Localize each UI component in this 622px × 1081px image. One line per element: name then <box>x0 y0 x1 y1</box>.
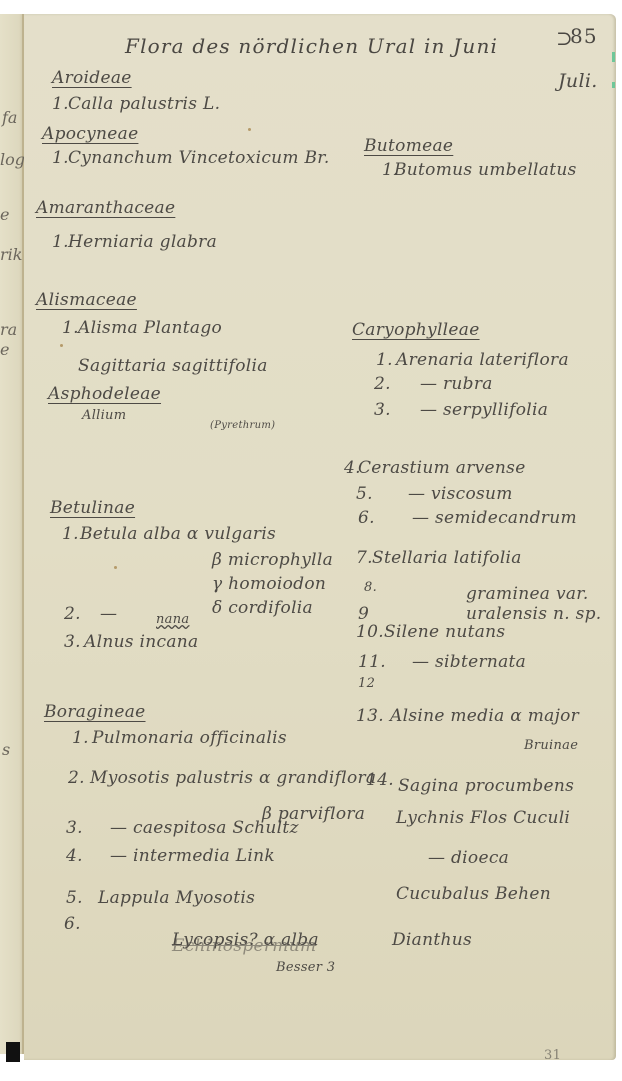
entry-number: 5. <box>356 484 373 504</box>
foxing-spot <box>248 128 251 131</box>
species-entry: Cerastium arvense <box>358 458 526 478</box>
margin-color-mark <box>612 52 615 62</box>
species-entry: — sibternata <box>412 652 526 672</box>
family-heading-boragineae: Boragineae <box>44 702 146 722</box>
species-entry: Alnus incana <box>84 632 198 652</box>
species-entry: Alisma Plantago <box>78 318 222 338</box>
species-entry: Lycopsis? α alba <box>172 930 319 950</box>
species-entry: Silene nutans <box>384 622 505 642</box>
species-entry: — <box>100 604 117 624</box>
species-authority: Bruinae <box>524 738 578 753</box>
species-annotation: nana <box>156 612 189 627</box>
species-entry: Lychnis Flos Cuculi <box>396 808 570 828</box>
species-entry: Betula alba α vulgaris <box>80 524 276 544</box>
margin-fragment: rik <box>0 245 22 264</box>
entry-number: 7. <box>356 548 373 568</box>
entry-number: 2. <box>374 374 391 394</box>
species-authority: Besser 3 <box>276 960 335 975</box>
family-heading-caryophylleae: Caryophylleae <box>352 320 480 340</box>
species-entry: Herniaria glabra <box>68 232 217 252</box>
species-entry: graminea var. <box>466 584 589 604</box>
binding-clip <box>6 1042 20 1062</box>
species-entry: Calla palustris L. <box>68 94 220 114</box>
header-month: Juli. <box>558 70 598 92</box>
entry-number: 1. <box>52 148 69 168</box>
page-number: 85 <box>570 24 598 48</box>
family-heading-betulinae: Betulinae <box>50 498 135 518</box>
species-entry: — rubra <box>420 374 493 394</box>
species-entry: — semidecandrum <box>412 508 577 528</box>
species-entry: Pulmonaria officinalis <box>92 728 287 748</box>
margin-fragment: e <box>0 205 9 224</box>
family-heading-alismaceae: Alismaceae <box>36 290 137 310</box>
entry-number: 1. <box>52 94 69 114</box>
species-entry: Dianthus <box>392 930 472 950</box>
margin-fragment: s <box>2 740 10 759</box>
entry-number: 3. <box>66 818 83 838</box>
entry-number: 12 <box>358 676 375 691</box>
margin-color-mark <box>612 82 615 88</box>
page-header: Flora des nördlichen Ural in Juni <box>125 34 498 58</box>
entry-number: 1. <box>376 350 393 370</box>
entry-number: 3. <box>64 632 81 652</box>
entry-number: 1. <box>72 728 89 748</box>
entry-number: 5. <box>66 888 83 908</box>
species-entry: — dioeca <box>428 848 509 868</box>
variety-entry: β microphylla <box>212 550 333 570</box>
margin-fragment: fa <box>2 108 17 127</box>
entry-number: 1. <box>62 318 79 338</box>
adjacent-page-edge <box>0 14 24 1054</box>
entry-number: 14. <box>366 770 394 790</box>
margin-fragment: log <box>0 150 25 169</box>
variety-entry: γ homoiodon <box>212 574 326 594</box>
family-heading-butomeae: Butomeae <box>364 136 453 156</box>
species-entry: — serpyllifolia <box>420 400 548 420</box>
folio-number: 31 <box>544 1048 561 1063</box>
foxing-spot <box>114 566 117 569</box>
family-heading-apocyneae: Apocyneae <box>42 124 138 144</box>
entry-number: 8. <box>364 580 377 595</box>
entry-number: 6. <box>358 508 375 528</box>
entry-number: 11. <box>358 652 386 672</box>
species-entry: Sagittaria sagittifolia <box>78 356 268 376</box>
species-entry: Cucubalus Behen <box>396 884 551 904</box>
entry-number: 1. <box>52 232 69 252</box>
species-entry: uralensis n. sp. <box>466 604 602 624</box>
foxing-spot <box>60 344 63 347</box>
margin-fragment: e <box>0 340 9 359</box>
family-heading-amaranthaceae: Amaranthaceae <box>36 198 175 218</box>
entry-number: 10. <box>356 622 384 642</box>
variety-entry: δ cordifolia <box>212 598 313 618</box>
species-note: (Pyrethrum) <box>210 420 275 431</box>
species-entry: Lappula Myosotis <box>98 888 255 908</box>
entry-number: 4. <box>66 846 83 866</box>
entry-number: 2. <box>64 604 81 624</box>
species-entry: — intermedia Link <box>110 846 275 866</box>
species-entry: Arenaria lateriflora <box>396 350 569 370</box>
species-entry: — viscosum <box>408 484 513 504</box>
species-entry: Allium <box>82 408 126 423</box>
family-heading-aroideae: Aroideae <box>52 68 132 88</box>
species-entry: Sagina procumbens <box>398 776 574 796</box>
entry-number: 9 <box>358 604 369 624</box>
family-heading-asphodeleae: Asphodeleae <box>48 384 161 404</box>
species-entry: Cynanchum Vincetoxicum Br. <box>68 148 330 168</box>
species-entry: Myosotis palustris α grandiflora <box>90 768 376 788</box>
entry-number: 13. <box>356 706 384 726</box>
margin-fragment: ra <box>0 320 17 339</box>
entry-number: 1. <box>62 524 79 544</box>
species-entry: Butomus umbellatus <box>394 160 577 180</box>
species-entry: Stellaria latifolia <box>372 548 522 568</box>
species-entry: — caespitosa Schultz <box>110 818 299 838</box>
species-entry: Alsine media α major <box>390 706 579 726</box>
entry-number: 3. <box>374 400 391 420</box>
entry-number: 2. <box>68 768 85 788</box>
entry-number: 6. <box>64 914 81 934</box>
